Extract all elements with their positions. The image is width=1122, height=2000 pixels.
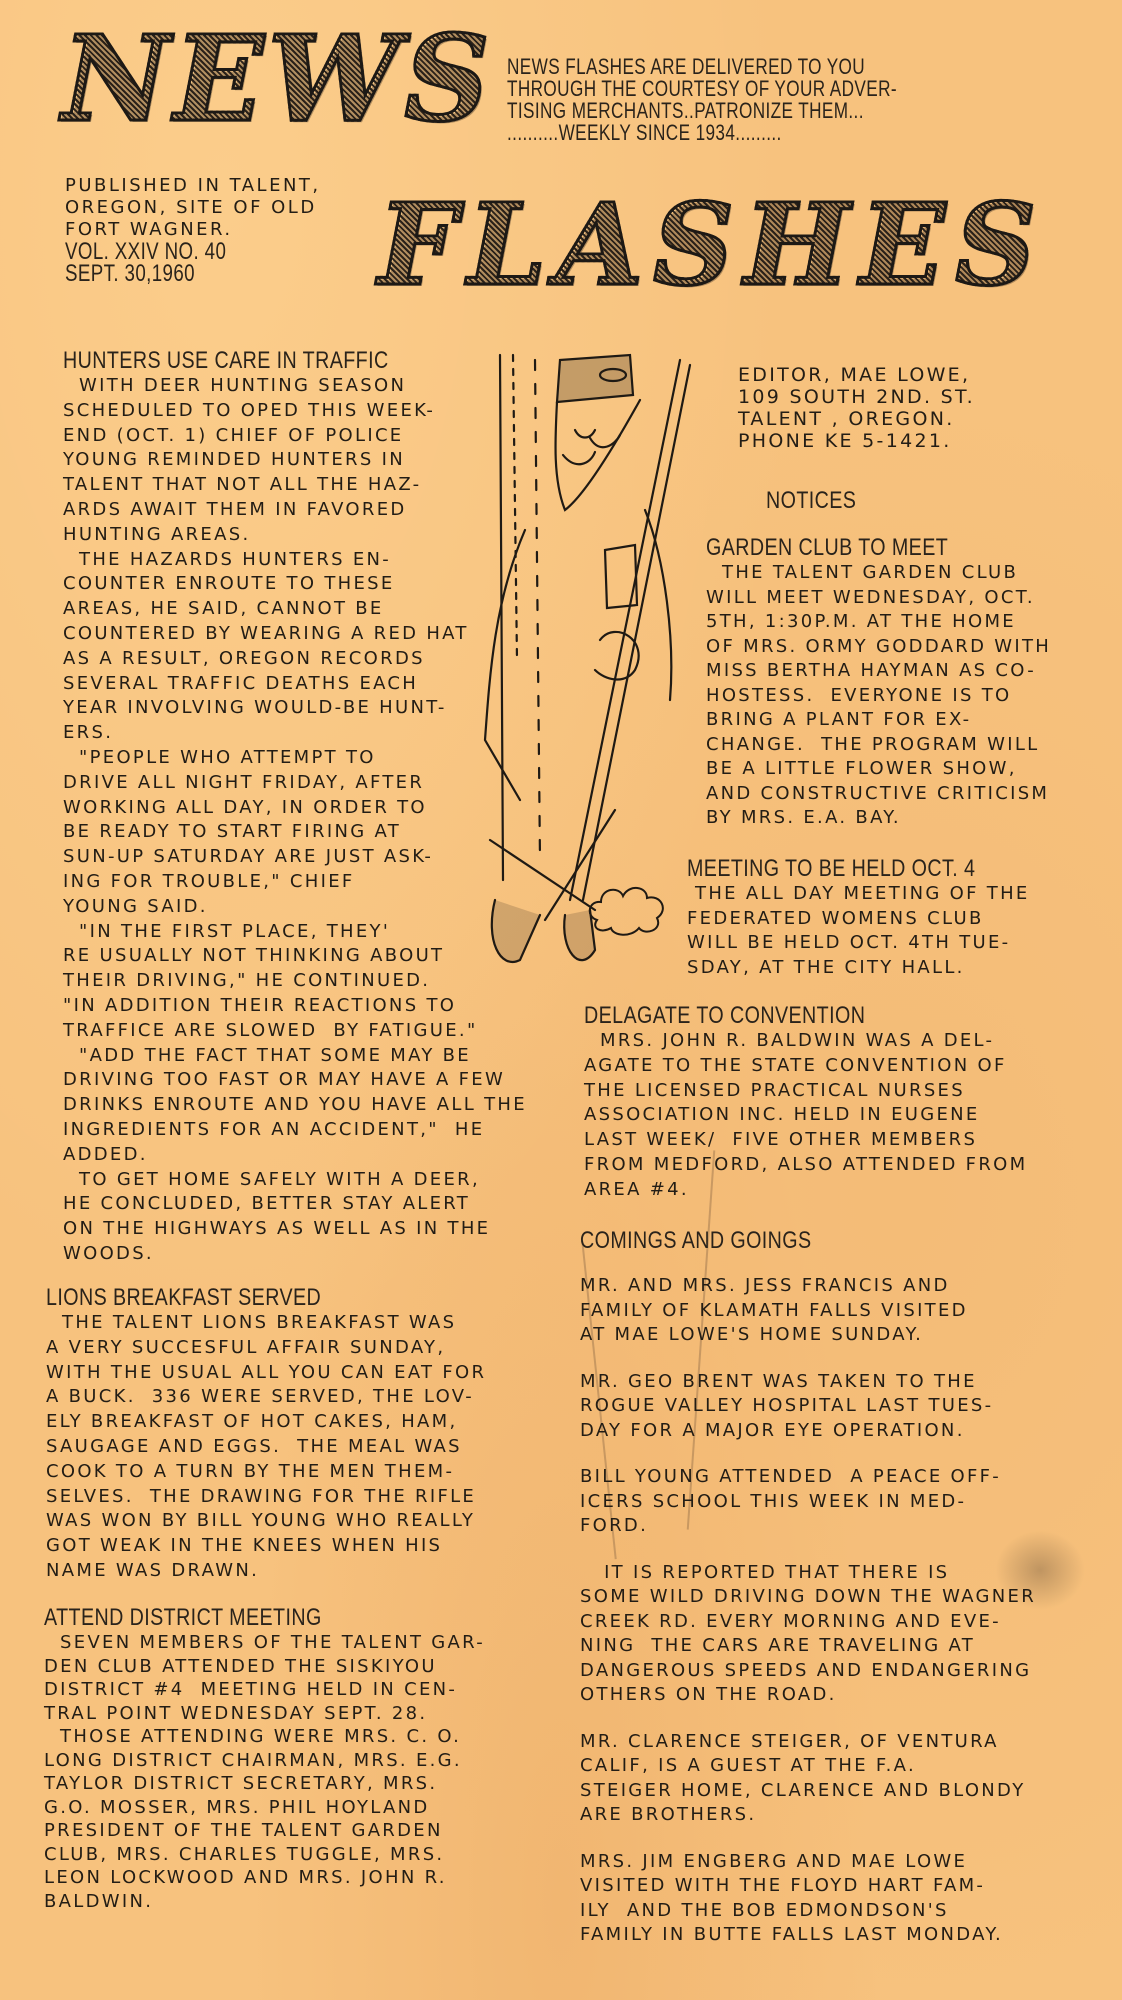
- publication-info: Published in Talent, Oregon, Site of Old…: [65, 175, 321, 285]
- courtesy-line: NEWS FLASHES ARE DELIVERED TO YOU: [507, 56, 897, 78]
- notices-heading: NOTICES: [766, 488, 856, 514]
- news-item: Bill Young attended a peace off- icers s…: [580, 1465, 1036, 1539]
- article-headline: HUNTERS USE CARE IN TRAFFIC: [63, 348, 443, 374]
- courtesy-line: THROUGH THE COURTESY OF YOUR ADVER-: [507, 78, 897, 100]
- issue-date: SEPT. 30,1960: [65, 263, 264, 285]
- article-comings-goings: COMINGS AND GOINGS Mr. and Mrs. Jess Fra…: [580, 1228, 1036, 1948]
- article-district-meeting: ATTEND DISTRICT MEETING Seven members of…: [44, 1605, 485, 1913]
- article-headline: MEETING TO BE HELD OCT. 4: [687, 856, 975, 882]
- news-item: Mr. and Mrs. Jess Francis and family of …: [580, 1274, 1036, 1348]
- article-headline: DELAGATE TO CONVENTION: [584, 1003, 948, 1029]
- article-headline: GARDEN CLUB TO MEET: [706, 535, 989, 561]
- article-body: The Talent Lions breakfast was a very su…: [46, 1311, 486, 1584]
- cloud-icon: [585, 880, 675, 940]
- article-headline: LIONS BREAKFAST SERVED: [46, 1285, 407, 1311]
- publication-line: Published in Talent,: [65, 175, 321, 197]
- article-hunters-traffic: HUNTERS USE CARE IN TRAFFIC With deer hu…: [63, 348, 527, 1267]
- article-body: Seven members of the Talent Gar- den Clu…: [44, 1631, 485, 1913]
- publication-line: Oregon, Site of Old: [65, 197, 321, 219]
- editor-address: 109 South 2nd. St.: [738, 386, 975, 408]
- courtesy-line: TISING MERCHANTS..PATRONIZE THEM...: [507, 100, 897, 122]
- masthead-title-flashes: FLASHES: [378, 190, 1046, 302]
- article-body: The Talent Garden Club will meet Wednesd…: [706, 561, 1051, 831]
- article-headline: ATTEND DISTRICT MEETING: [44, 1605, 406, 1631]
- news-item: Mr. Clarence Steiger, of Ventura Calif, …: [580, 1730, 1036, 1828]
- article-meeting-oct4: MEETING TO BE HELD OCT. 4 The all day me…: [687, 856, 1039, 980]
- article-body: Mrs. John R. Baldwin was a del- agate to…: [584, 1029, 1027, 1203]
- news-item: Mr. Geo Brent was taken to the Rogue Val…: [580, 1370, 1036, 1444]
- article-body: With deer hunting season scheduled to op…: [63, 374, 527, 1267]
- editor-phone: Phone KE 5-1421.: [738, 430, 975, 452]
- news-item: Mrs. Jim Engberg and Mae Lowe visited wi…: [580, 1850, 1036, 1948]
- courtesy-line: ..........WEEKLY SINCE 1934.........: [507, 122, 897, 144]
- masthead-title-news: NEWS: [62, 20, 494, 138]
- editor-city: Talent , Oregon.: [738, 408, 975, 430]
- article-lions-breakfast: LIONS BREAKFAST SERVED The Talent Lions …: [46, 1285, 486, 1584]
- article-delegate-convention: DELAGATE TO CONVENTION Mrs. John R. Bald…: [584, 1003, 1027, 1203]
- article-body: The all day meeting of the Federated Wom…: [687, 882, 1039, 980]
- editor-info: Editor, Mae Lowe, 109 South 2nd. St. Tal…: [738, 364, 975, 452]
- news-item: It is reported that there is some wild d…: [580, 1561, 1036, 1708]
- article-garden-club: GARDEN CLUB TO MEET The Talent Garden Cl…: [706, 535, 1051, 831]
- editor-line: Editor, Mae Lowe,: [738, 364, 975, 386]
- courtesy-notice: NEWS FLASHES ARE DELIVERED TO YOU THROUG…: [507, 56, 1007, 144]
- article-headline: COMINGS AND GOINGS: [580, 1228, 954, 1254]
